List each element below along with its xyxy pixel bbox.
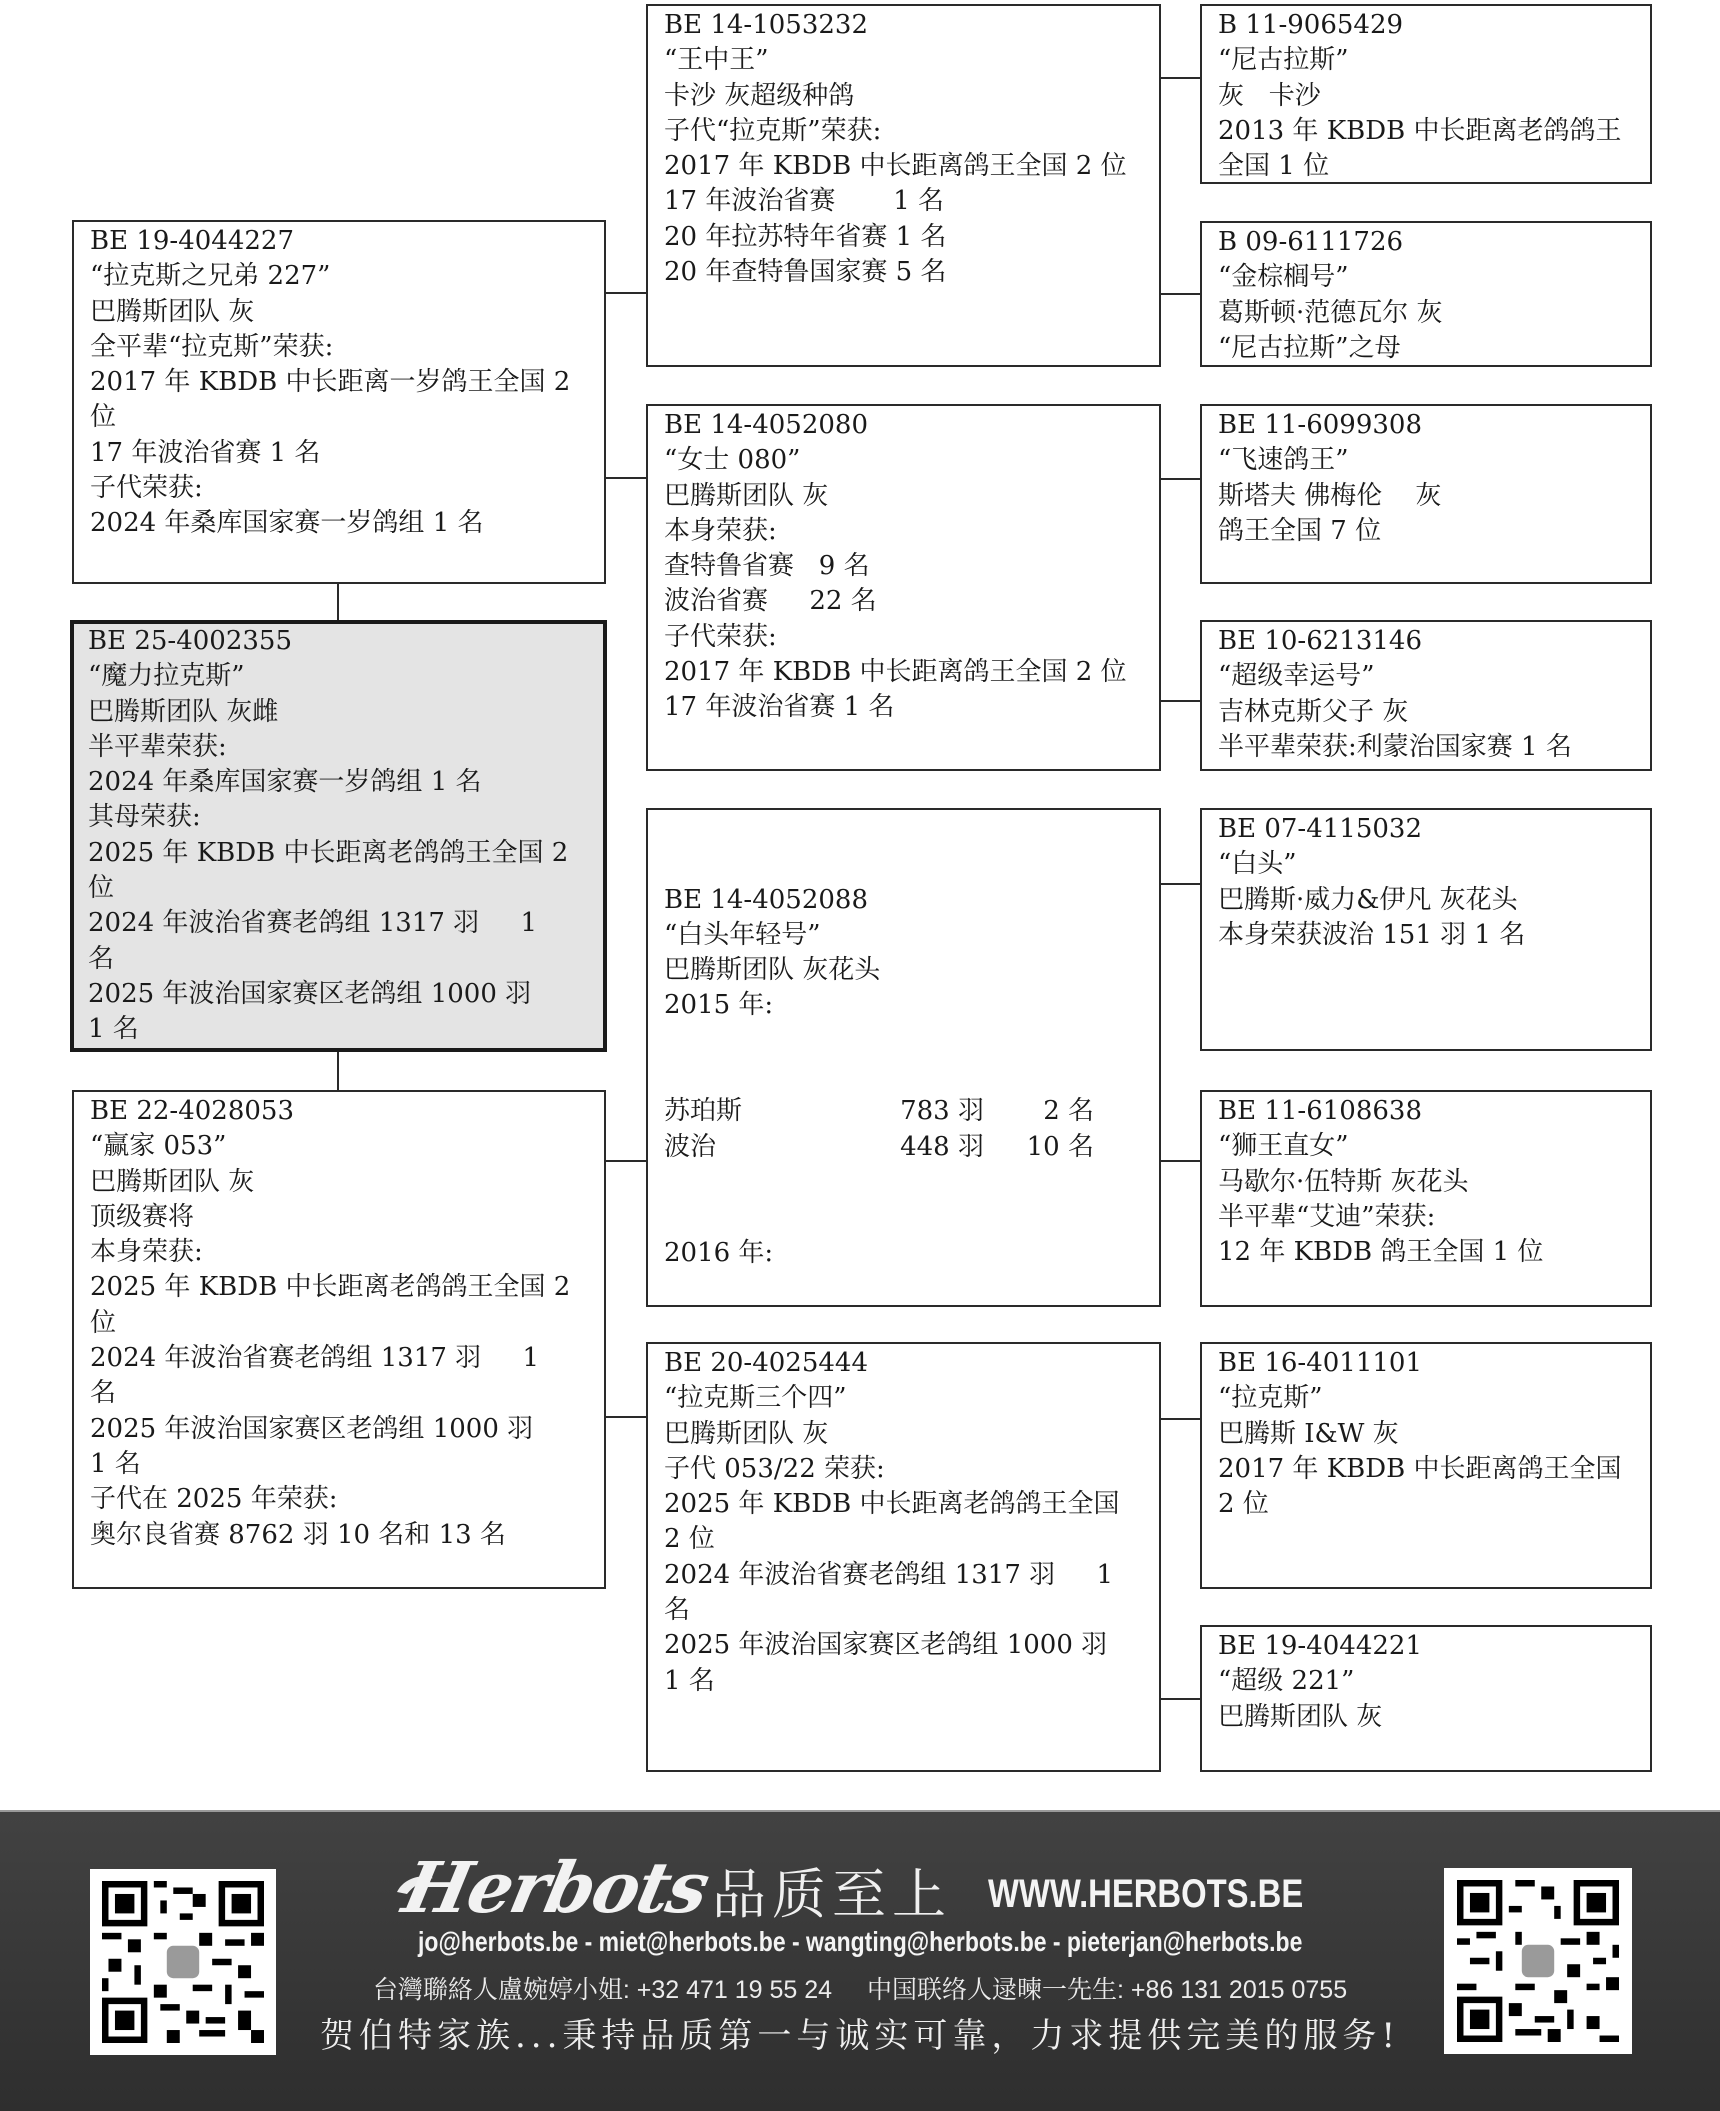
- dam-card: BE 22-4028053“赢家 053”巴腾斯团队 灰顶级赛将本身荣获:202…: [72, 1090, 606, 1589]
- card-line: 名: [90, 1376, 596, 1411]
- card-line: 2024 年波治省赛老鸽组 1317 羽 1: [90, 1341, 596, 1376]
- connector: [1159, 77, 1201, 79]
- card-line: 2024 年桑库国家赛一岁鸽组 1 名: [88, 765, 597, 800]
- wechat-icon: [1522, 1945, 1554, 1977]
- card-line: B 11-9065429: [1218, 8, 1642, 43]
- card-line: “拉克斯之兄弟 227”: [90, 259, 596, 294]
- card-line: 巴腾斯团队 灰: [664, 1417, 1151, 1452]
- card-line: 2017 年 KBDB 中长距离鸽王全国: [1218, 1452, 1642, 1487]
- card-line: 名: [664, 1593, 1151, 1628]
- connector: [1159, 293, 1201, 295]
- great-grandparent-card-3: BE 11-6099308“飞速鸽王”斯塔夫 佛梅伦 灰鸽王全国 7 位: [1200, 404, 1652, 584]
- great-grandparent-card-8: BE 19-4044221“超级 221”巴腾斯团队 灰: [1200, 1625, 1652, 1772]
- card-line: “拉克斯三个四”: [664, 1381, 1151, 1416]
- card-line: 子代在 2025 年荣获:: [90, 1482, 596, 1517]
- card-line: 半平辈“艾迪”荣获:: [1218, 1200, 1642, 1235]
- card-line: 子代“拉克斯”荣获:: [664, 114, 1151, 149]
- card-line: 2017 年 KBDB 中长距离鸽王全国 2 位: [664, 149, 1151, 184]
- card-line: 吉林克斯父子 灰: [1218, 695, 1642, 730]
- placing: 10 名: [984, 1130, 1094, 1165]
- card-line: 2017 年 KBDB 中长距离一岁鸽王全国 2: [90, 365, 596, 400]
- card-line: “女士 080”: [664, 443, 1151, 478]
- card-line: 巴腾斯 I&W 灰: [1218, 1417, 1642, 1452]
- card-line: 巴腾斯团队 灰花头: [664, 953, 1151, 988]
- bird-count: 783 羽: [884, 1094, 984, 1129]
- card-line: 鸽王全国 7 位: [1218, 514, 1642, 549]
- card-line: 位: [90, 400, 596, 435]
- herbots-logo: Herbots: [396, 1846, 715, 1929]
- card-line: “尼古拉斯”: [1218, 43, 1642, 78]
- email-links[interactable]: jo@herbots.be - miet@herbots.be - wangti…: [418, 1926, 1302, 1958]
- card-line: 2025 年 KBDB 中长距离老鸽鸽王全国 2: [88, 836, 597, 871]
- card-line: 巴腾斯团队 灰: [1218, 1700, 1642, 1735]
- connector: [605, 477, 647, 479]
- card-line: BE 07-4115032: [1218, 812, 1642, 847]
- card-line: 2 位: [1218, 1487, 1642, 1522]
- connector: [1159, 1418, 1201, 1420]
- card-line: 卡沙 灰超级种鸽: [664, 79, 1151, 114]
- card-line: 巴腾斯团队 灰: [90, 1165, 596, 1200]
- great-grandparent-card-5: BE 07-4115032“白头”巴腾斯·威力&伊凡 灰花头本身荣获波治 151…: [1200, 808, 1652, 1051]
- grandsire-maternal-card: BE 14-4052088“白头年轻号”巴腾斯团队 灰花头2015 年: 苏珀斯…: [646, 808, 1161, 1307]
- card-line: BE 11-6099308: [1218, 408, 1642, 443]
- card-line: 20 年查特鲁国家赛 5 名: [664, 255, 1151, 290]
- results-table-2015: 苏珀斯783 羽2 名波治448 羽10 名: [664, 1094, 1151, 1165]
- qr-pattern: [1456, 1880, 1620, 2042]
- card-line: “金棕榈号”: [1218, 260, 1642, 295]
- card-line: BE 20-4025444: [664, 1346, 1151, 1381]
- card-line: BE 14-1053232: [664, 8, 1151, 43]
- great-grandparent-card-7: BE 16-4011101“拉克斯”巴腾斯 I&W 灰2017 年 KBDB 中…: [1200, 1342, 1652, 1589]
- sire-card: BE 19-4044227“拉克斯之兄弟 227”巴腾斯团队 灰全平辈“拉克斯”…: [72, 220, 606, 584]
- card-line: BE 10-6213146: [1218, 624, 1642, 659]
- card-line: 马歇尔·伍特斯 灰花头: [1218, 1165, 1642, 1200]
- card-line: 波治省赛 22 名: [664, 584, 1151, 619]
- website-link[interactable]: WWW.HERBOTS.BE: [988, 1872, 1303, 1917]
- card-line: BE 14-4052080: [664, 408, 1151, 443]
- card-line: 12 年 KBDB 鸽王全国 1 位: [1218, 1235, 1642, 1270]
- card-line: 名: [88, 942, 597, 977]
- contact-taiwan: 台灣聯絡人盧婉婷小姐: +32 471 19 55 24: [373, 1976, 832, 2004]
- tagline: 品质至上: [712, 1852, 952, 1929]
- card-line: “赢家 053”: [90, 1129, 596, 1164]
- card-line: 巴腾斯·威力&伊凡 灰花头: [1218, 883, 1642, 918]
- card-line: “白头年轻号”: [664, 918, 1151, 953]
- card-line: “白头”: [1218, 847, 1642, 882]
- card-line: 2 位: [664, 1522, 1151, 1557]
- card-line: 子代荣获:: [664, 620, 1151, 655]
- grandsire-paternal-card: BE 14-1053232“王中王”卡沙 灰超级种鸽子代“拉克斯”荣获:2017…: [646, 4, 1161, 367]
- connector: [605, 292, 647, 294]
- placing: 2 名: [984, 1094, 1094, 1129]
- card-line: “飞速鸽王”: [1218, 443, 1642, 478]
- card-line: 2025 年 KBDB 中长距离老鸽鸽王全国 2: [90, 1270, 596, 1305]
- card-line: BE 22-4028053: [90, 1094, 596, 1129]
- card-line: 1 名: [90, 1447, 596, 1482]
- card-line: 半平辈荣获:利蒙治国家赛 1 名: [1218, 730, 1642, 765]
- great-grandparent-card-1: B 11-9065429“尼古拉斯”灰 卡沙2013 年 KBDB 中长距离老鸽…: [1200, 4, 1652, 184]
- card-line: 2024 年波治省赛老鸽组 1317 羽 1: [664, 1558, 1151, 1593]
- card-line: BE 14-4052088: [664, 883, 1151, 918]
- connector: [1159, 883, 1201, 885]
- card-line: 子代荣获:: [90, 471, 596, 506]
- granddam-maternal-card: BE 20-4025444“拉克斯三个四”巴腾斯团队 灰子代 053/22 荣获…: [646, 1342, 1161, 1772]
- card-line: 17 年波治省赛 1 名: [664, 184, 1151, 219]
- connector: [1159, 478, 1201, 480]
- card-line: 2015 年:: [664, 988, 1151, 1023]
- connector: [1159, 1698, 1201, 1700]
- card-line: “尼古拉斯”之母: [1218, 331, 1642, 366]
- card-line: 全国 1 位: [1218, 149, 1642, 184]
- card-line: 本身荣获:: [664, 514, 1151, 549]
- card-line: 17 年波治省赛 1 名: [664, 690, 1151, 725]
- result-row: 波治448 羽10 名: [664, 1130, 1151, 1165]
- card-line: 顶级赛将: [90, 1200, 596, 1235]
- card-line: BE 19-4044227: [90, 224, 596, 259]
- card-line: 2013 年 KBDB 中长距离老鸽鸽王: [1218, 114, 1642, 149]
- card-line: 巴腾斯团队 灰: [664, 479, 1151, 514]
- contact-china: 中国联络人逯暕一先生: +86 131 2015 0755: [867, 1976, 1347, 2004]
- result-row: 苏珀斯783 羽2 名: [664, 1094, 1151, 1129]
- card-line: “狮王直女”: [1218, 1129, 1642, 1164]
- card-line: 1 名: [88, 1012, 597, 1047]
- connector: [605, 1416, 647, 1418]
- bird-count: 448 羽: [884, 1130, 984, 1165]
- card-line: “王中王”: [664, 43, 1151, 78]
- card-line: 全平辈“拉克斯”荣获:: [90, 330, 596, 365]
- card-line: 17 年波治省赛 1 名: [90, 436, 596, 471]
- card-line: “超级幸运号”: [1218, 659, 1642, 694]
- card-line: 子代 053/22 荣获:: [664, 1452, 1151, 1487]
- card-line: BE 25-4002355: [88, 624, 597, 659]
- footer-banner: Herbots 品质至上 WWW.HERBOTS.BE jo@herbots.b…: [0, 1810, 1720, 2111]
- connector: [1159, 1160, 1201, 1162]
- card-line: “超级 221”: [1218, 1664, 1642, 1699]
- card-line: 2025 年 KBDB 中长距离老鸽鸽王全国: [664, 1487, 1151, 1522]
- race-name: 波治: [664, 1130, 884, 1165]
- card-line: 巴腾斯团队 灰: [90, 295, 596, 330]
- race-name: 苏珀斯: [664, 1094, 884, 1129]
- card-line: 2024 年波治省赛老鸽组 1317 羽 1: [88, 906, 597, 941]
- card-line: BE 16-4011101: [1218, 1346, 1642, 1381]
- card-line: B 09-6111726: [1218, 225, 1642, 260]
- card-line: 位: [88, 871, 597, 906]
- card-line: 2025 年波治国家赛区老鸽组 1000 羽: [88, 977, 597, 1012]
- card-line: 2024 年桑库国家赛一岁鸽组 1 名: [90, 506, 596, 541]
- card-line: 2017 年 KBDB 中长距离鸽王全国 2 位: [664, 655, 1151, 690]
- card-line: BE 19-4044221: [1218, 1629, 1642, 1664]
- connector: [337, 1051, 339, 1091]
- card-line: 本身荣获波治 151 羽 1 名: [1218, 918, 1642, 953]
- subject-card: BE 25-4002355“魔力拉克斯”巴腾斯团队 灰雌半平辈荣获:2024 年…: [70, 620, 607, 1052]
- card-line: 斯塔夫 佛梅伦 灰: [1218, 479, 1642, 514]
- card-line: “拉克斯”: [1218, 1381, 1642, 1416]
- card-line: 查特鲁省赛 9 名: [664, 549, 1151, 584]
- card-line: 奥尔良省赛 8762 羽 10 名和 13 名: [90, 1518, 596, 1553]
- year-label-2016: 2016 年:: [664, 1236, 1151, 1271]
- card-line: 灰 卡沙: [1218, 79, 1642, 114]
- wechat-qr-code[interactable]: [1444, 1868, 1632, 2054]
- granddam-paternal-card: BE 14-4052080“女士 080”巴腾斯团队 灰本身荣获:查特鲁省赛 9…: [646, 404, 1161, 771]
- card-line: 其母荣获:: [88, 800, 597, 835]
- card-line: 20 年拉苏特年省赛 1 名: [664, 220, 1151, 255]
- card-line: 巴腾斯团队 灰雌: [88, 695, 597, 730]
- great-grandparent-card-6: BE 11-6108638“狮王直女”马歇尔·伍特斯 灰花头半平辈“艾迪”荣获:…: [1200, 1090, 1652, 1307]
- card-line: 2025 年波治国家赛区老鸽组 1000 羽: [664, 1628, 1151, 1663]
- card-line: 葛斯顿·范德瓦尔 灰: [1218, 296, 1642, 331]
- connector: [337, 583, 339, 621]
- connector: [1159, 700, 1201, 702]
- card-line: 半平辈荣获:: [88, 730, 597, 765]
- card-line: BE 11-6108638: [1218, 1094, 1642, 1129]
- great-grandparent-card-2: B 09-6111726“金棕榈号”葛斯顿·范德瓦尔 灰“尼古拉斯”之母: [1200, 221, 1652, 367]
- card-line: 2025 年波治国家赛区老鸽组 1000 羽: [90, 1412, 596, 1447]
- card-line: 1 名: [664, 1664, 1151, 1699]
- card-line: 位: [90, 1306, 596, 1341]
- card-line: 本身荣获:: [90, 1235, 596, 1270]
- connector: [605, 1160, 647, 1162]
- great-grandparent-card-4: BE 10-6213146“超级幸运号”吉林克斯父子 灰半平辈荣获:利蒙治国家赛…: [1200, 620, 1652, 771]
- card-line: “魔力拉克斯”: [88, 659, 597, 694]
